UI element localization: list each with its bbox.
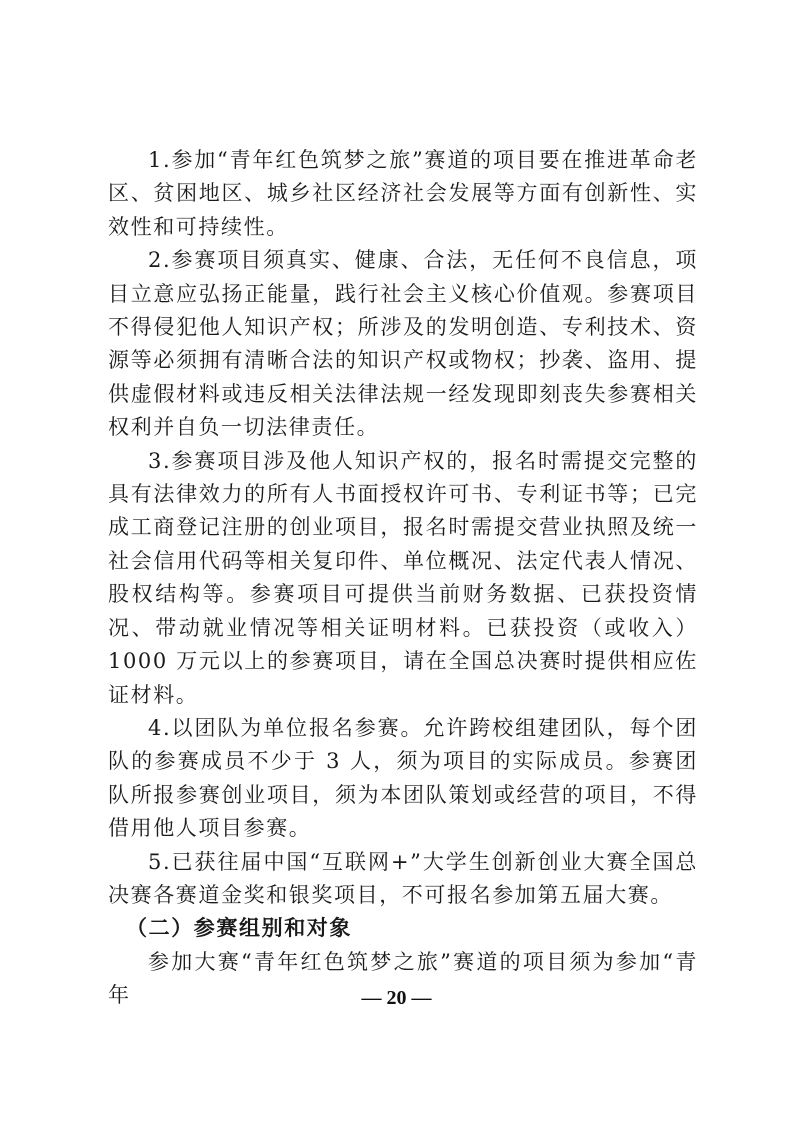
paragraph-item-2: 2.参赛项目须真实、健康、合法，无任何不良信息，项目立意应弘扬正能量，践行社会主… — [108, 244, 698, 444]
paragraph-item-5: 5.已获往届中国“互联网+”大学生创新创业大赛全国总决赛各赛道金奖和银奖项目，不… — [108, 846, 698, 913]
paragraph-item-3: 3.参赛项目涉及他人知识产权的，报名时需提交完整的具有法律效力的所有人书面授权许… — [108, 445, 698, 712]
paragraph-item-4: 4.以团队为单位报名参赛。允许跨校组建团队，每个团队的参赛成员不少于 3 人，须… — [108, 712, 698, 846]
document-body: 1.参加“青年红色筑梦之旅”赛道的项目要在推进革命老区、贫困地区、城乡社区经济社… — [108, 144, 698, 1013]
section-heading: （二）参赛组别和对象 — [108, 912, 698, 945]
page-number: — 20 — — [0, 987, 793, 1010]
paragraph-item-1: 1.参加“青年红色筑梦之旅”赛道的项目要在推进革命老区、贫困地区、城乡社区经济社… — [108, 144, 698, 244]
